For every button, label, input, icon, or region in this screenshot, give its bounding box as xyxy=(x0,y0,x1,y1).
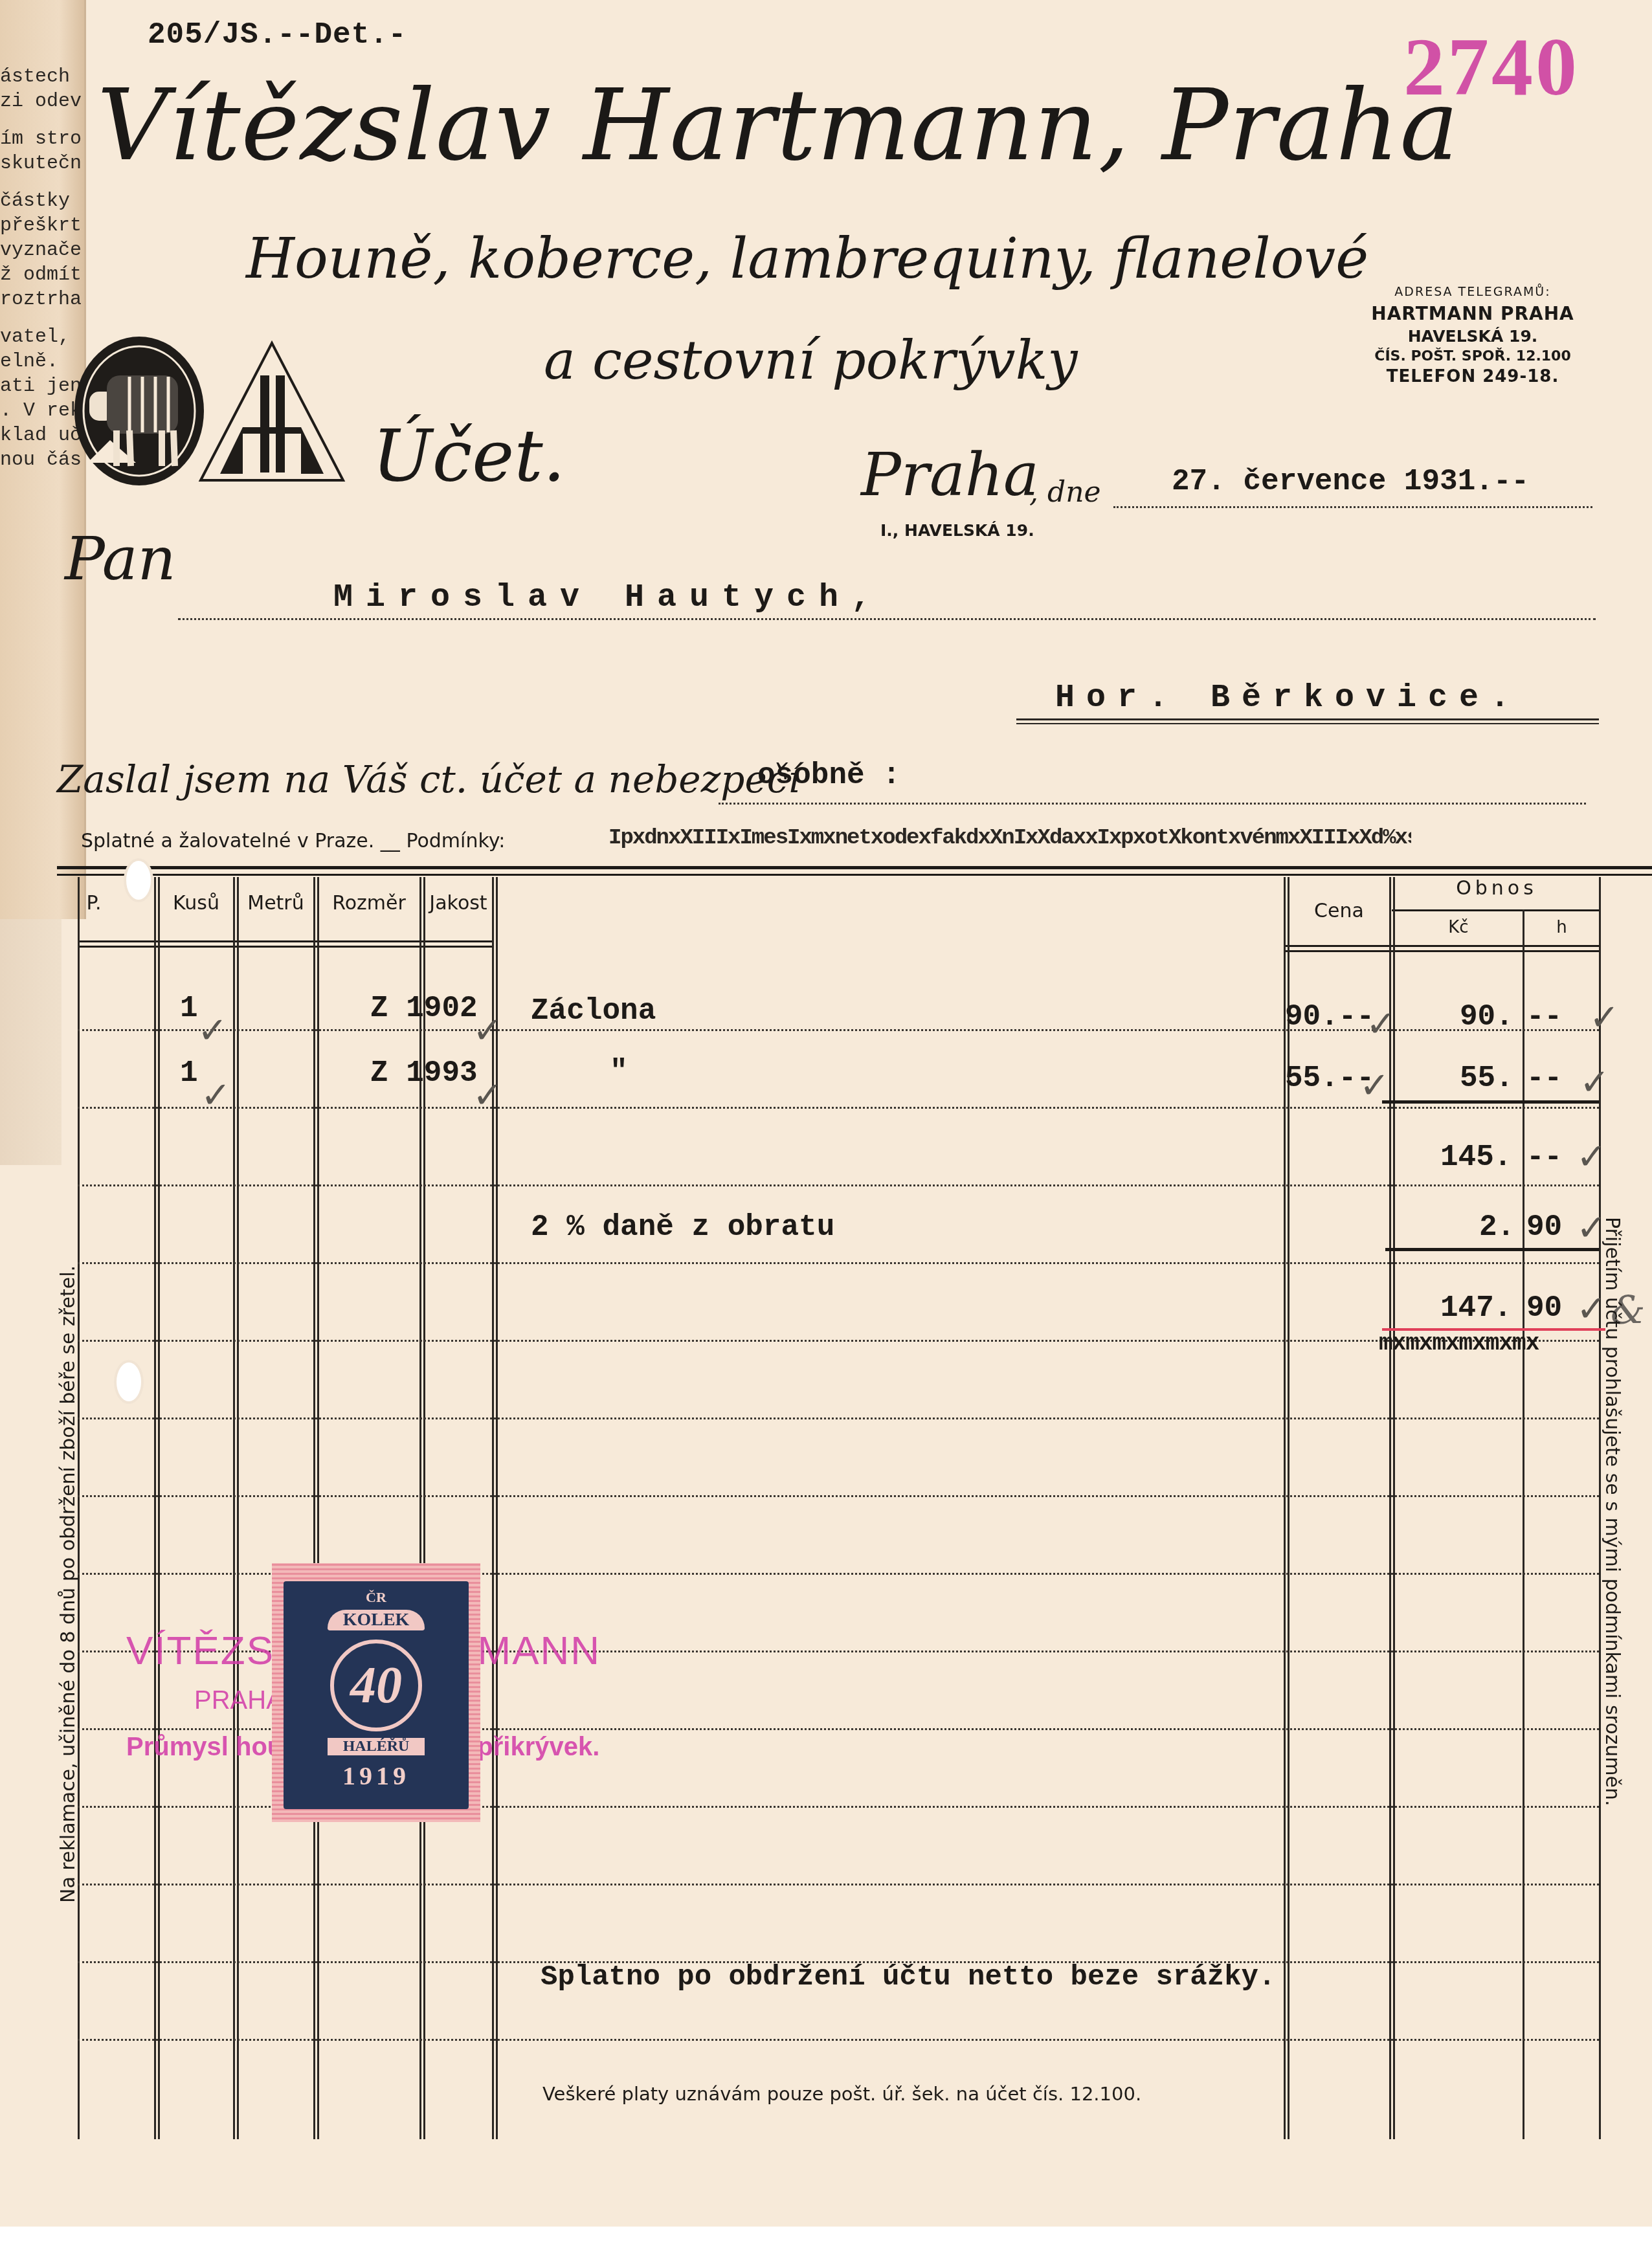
row-line xyxy=(78,1184,1599,1186)
date-underline xyxy=(1113,506,1592,508)
col-header-amount: Obnos xyxy=(1394,877,1599,900)
col-line xyxy=(317,877,319,2139)
shipping-underline xyxy=(719,803,1586,805)
row1-price: 90.-- xyxy=(1285,1000,1374,1034)
col-header-hellers: h xyxy=(1524,918,1599,937)
payment-terms-label: Splatné a žalovatelné v Praze. __ Podmín… xyxy=(81,830,505,852)
strip-line: zi odevzd xyxy=(0,89,81,114)
strip-line: ati jen d xyxy=(0,374,81,399)
strip-line: nou část xyxy=(0,448,81,472)
check-mark-icon: ✓ xyxy=(473,1010,503,1052)
acceptance-margin-note: Přijetím účtu prohlašujete se s mými pod… xyxy=(1601,1217,1624,1807)
header-bottom-rule-right xyxy=(1285,945,1599,947)
check-mark-icon: ✓ xyxy=(1576,1136,1607,1178)
shipping-label: Zaslal jsem na Váš ct. účet a nebezpečí xyxy=(57,757,800,801)
row-line xyxy=(78,1495,1599,1497)
telegram-label: ADRESA TELEGRAMŮ: xyxy=(1353,285,1592,299)
struck-out-conditions: IpxdnxXIIIxImesIxmxnetxodexfakdxXnIxXdax… xyxy=(608,826,1411,853)
row2-amount-crowns: 55. xyxy=(1460,1062,1513,1095)
total-strike-guard: mxmxmxmxmxmx xyxy=(1379,1330,1539,1357)
telegram-street: HAVELSKÁ 19. xyxy=(1353,327,1592,346)
col-line xyxy=(496,877,498,2139)
row-line xyxy=(78,1417,1599,1419)
row-line xyxy=(78,1340,1599,1342)
strip-line: přeškrtán xyxy=(0,214,81,238)
strip-line: ástech poc xyxy=(0,65,81,89)
customer-name-underline xyxy=(178,618,1596,620)
strip-line: klad učí xyxy=(0,423,81,448)
check-mark-icon: ✓ xyxy=(473,1074,503,1117)
strip-gap xyxy=(0,312,81,325)
header-bottom-rule-left-second xyxy=(78,946,492,948)
subtotal-rule xyxy=(1382,1100,1599,1104)
punch-hole xyxy=(126,861,151,900)
check-mark-icon: ✓ xyxy=(197,1010,228,1052)
check-mark-icon: ✓ xyxy=(1359,1065,1390,1107)
revenue-stamp-unit: HALÉŘŮ xyxy=(328,1738,425,1755)
col-header-price: Cena xyxy=(1289,900,1389,922)
row1-description: Záclona xyxy=(531,994,656,1028)
strip-line: roztrhan xyxy=(0,287,81,312)
check-mark-icon: ✓ xyxy=(1366,1003,1396,1045)
strip-line: ž odmítnc xyxy=(0,263,81,287)
customer-name: Miroslav Hautych, xyxy=(333,579,884,616)
revenue-stamp-label: KOLEK xyxy=(328,1610,425,1630)
total-rule xyxy=(1385,1248,1599,1251)
postal-savings-number: ČÍS. POŠT. SPOŘ. 12.100 xyxy=(1353,348,1592,364)
tax-description: 2 % daně z obratu xyxy=(531,1210,834,1244)
row2-size: Z 1993 xyxy=(370,1056,478,1090)
col-line xyxy=(313,877,315,2139)
col-header-size: Rozměr xyxy=(318,892,419,915)
strip-line: skutečnél xyxy=(0,151,81,176)
strip-line: vyznačen xyxy=(0,238,81,263)
complaint-margin-note: Na reklamace, učiněné do 8 dnů po obdrže… xyxy=(57,1265,80,1903)
header-bottom-rule-right-second xyxy=(1285,950,1599,952)
revenue-stamp-year: 1919 xyxy=(284,1761,469,1791)
strip-line: ím strojen xyxy=(0,127,81,151)
tax-hellers: 90 xyxy=(1526,1210,1562,1244)
subtotal-crowns: 145. xyxy=(1440,1140,1512,1174)
strip-line: . V rekla xyxy=(0,399,81,423)
check-mark-icon: ✓ xyxy=(1589,997,1620,1039)
obnos-sub-rule xyxy=(1392,909,1599,911)
city-underline-second xyxy=(1016,723,1599,724)
row1-amount-crowns: 90. xyxy=(1460,1000,1513,1034)
strip-line: vatel, slc xyxy=(0,325,81,350)
revenue-stamp-value: 40 xyxy=(330,1640,422,1731)
row1-pieces: 1 xyxy=(180,992,198,1025)
header-bottom-rule-left xyxy=(78,940,492,942)
strip-gap xyxy=(0,114,81,127)
reference-number: 205/JS.--Det.- xyxy=(148,18,407,52)
firm-street-address: I., HAVELSKÁ 19. xyxy=(880,521,1034,540)
col-line xyxy=(1393,877,1395,2139)
telegram-name: HARTMANN PRAHA xyxy=(1353,303,1592,324)
row-line xyxy=(78,1107,1599,1109)
place-label: Praha xyxy=(861,440,1039,509)
revenue-stamp-face: ČR KOLEK 40 HALÉŘŮ 1919 xyxy=(284,1581,469,1809)
col-line xyxy=(1523,909,1524,2139)
table-top-rule-second xyxy=(57,874,1652,876)
revenue-stamp: ČR KOLEK 40 HALÉŘŮ 1919 xyxy=(272,1563,480,1822)
tax-crowns: 2. xyxy=(1479,1210,1515,1244)
attached-strip-text: ástech poc zi odevzd ím strojen skutečné… xyxy=(0,65,81,472)
strip-line: částky n xyxy=(0,189,81,214)
col-header-position: P. xyxy=(84,892,104,915)
row2-description-ditto: " xyxy=(610,1055,628,1089)
col-header-meters: Metrů xyxy=(238,892,313,915)
total-hellers: 90 xyxy=(1526,1291,1562,1325)
attached-paper-strip-lower xyxy=(0,919,61,1165)
city-underline xyxy=(1016,718,1599,720)
row1-size: Z 1902 xyxy=(370,992,478,1025)
strip-line: elně. xyxy=(0,350,81,374)
document-type-title: Účet. xyxy=(372,414,566,497)
telephone-number: TELEFON 249-18. xyxy=(1353,367,1592,386)
payment-account-footer: Veškeré platy uznávám pouze pošt. úř. še… xyxy=(542,2083,1141,2105)
check-mark-icon: ✓ xyxy=(1579,1062,1610,1104)
firm-tagline-line1: Houně, koberce, lambrequiny, flanelové xyxy=(246,227,1368,291)
revenue-stamp-monogram: ČR xyxy=(284,1581,469,1606)
firm-tagline-line2: a cestovní pokrývky xyxy=(544,330,1078,392)
row-line xyxy=(78,2039,1599,2041)
subtotal-hellers: -- xyxy=(1526,1140,1562,1174)
total-crowns: 147. xyxy=(1440,1291,1512,1325)
invoice-date: 27. července 1931.-- xyxy=(1172,465,1529,498)
punch-hole xyxy=(117,1362,141,1401)
col-header-quality: Jakost xyxy=(425,892,492,915)
col-line xyxy=(233,877,235,2139)
col-line xyxy=(237,877,239,2139)
table-top-rule xyxy=(57,866,1652,869)
col-line xyxy=(492,877,494,2139)
telegram-address-block: ADRESA TELEGRAMŮ: HARTMANN PRAHA HAVELSK… xyxy=(1353,285,1592,386)
row-line xyxy=(78,1262,1599,1264)
shipping-method: osobně : xyxy=(757,759,900,792)
customer-city: Hor. Běrkovice. xyxy=(1055,680,1521,717)
row1-amount-hellers: -- xyxy=(1526,1000,1562,1034)
col-header-crowns: Kč xyxy=(1394,918,1523,937)
strip-gap xyxy=(0,176,81,189)
date-label: , dne xyxy=(1029,476,1101,509)
col-header-pieces: Kusů xyxy=(159,892,233,915)
salutation: Pan xyxy=(65,524,176,594)
check-mark-icon: ✓ xyxy=(201,1074,231,1117)
row2-pieces: 1 xyxy=(180,1056,198,1090)
row-line xyxy=(78,1884,1599,1885)
row2-amount-hellers: -- xyxy=(1526,1062,1562,1095)
sheep-with-blanket-icon xyxy=(71,330,356,485)
firm-name: Vítězslav Hartmann, Praha xyxy=(97,68,1459,183)
payment-note: Splatno po obdržení účtu netto beze sráž… xyxy=(541,1961,1275,1994)
col-line xyxy=(158,877,160,2139)
col-line xyxy=(154,877,156,2139)
